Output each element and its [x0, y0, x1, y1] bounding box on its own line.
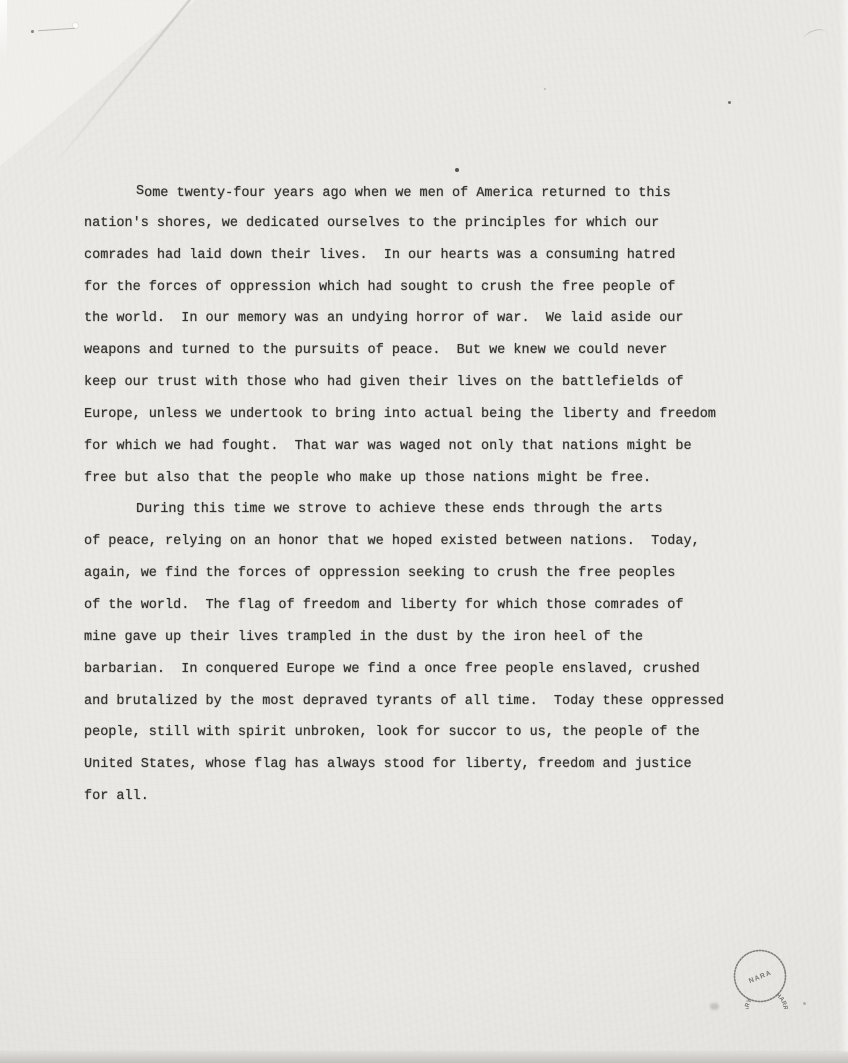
ink-speck	[544, 88, 546, 90]
paragraph-1: Some twenty-four years ago when we men o…	[84, 176, 764, 494]
typed-line: weapons and turned to the pursuits of pe…	[84, 335, 764, 367]
typed-line: mine gave up their lives trampled in the…	[84, 622, 764, 654]
typed-line: for which we had fought. That war was wa…	[84, 431, 764, 463]
typed-line: During this time we strove to achieve th…	[84, 494, 764, 526]
typed-line: Europe, unless we undertook to bring int…	[84, 399, 764, 431]
ink-smudge	[710, 1003, 719, 1010]
scan-edge-right	[839, 0, 848, 1063]
stamp-ring-text: HARRY S. TRUMAN LIBRARY	[741, 990, 792, 1009]
typed-line: United States, whose flag has always sto…	[84, 749, 764, 781]
typed-line: comrades had laid down their lives. In o…	[84, 240, 764, 272]
paper-scratch	[38, 28, 75, 32]
typed-line: barbarian. In conquered Europe we find a…	[84, 654, 764, 686]
typed-line: and brutalized by the most depraved tyra…	[84, 686, 764, 718]
typed-line: keep our trust with those who had given …	[84, 367, 764, 399]
typed-line: of the world. The flag of freedom and li…	[84, 590, 764, 622]
ink-speck	[455, 168, 459, 172]
stamp-center-text: NARA	[748, 969, 773, 984]
scan-edge-left	[0, 0, 7, 58]
paper-fold-highlight	[0, 0, 200, 170]
typed-line: people, still with spirit unbroken, look…	[84, 717, 764, 749]
typed-line: the world. In our memory was an undying …	[84, 303, 764, 335]
typed-line: free but also that the people who make u…	[84, 463, 764, 495]
typed-text-block: Some twenty-four years ago when we men o…	[84, 176, 764, 813]
ink-speck	[728, 101, 731, 104]
svg-text:HARRY S. TRUMAN LIBRARY: HARRY S. TRUMAN LIBRARY	[741, 990, 792, 1009]
typed-line: again, we find the forces of oppression …	[84, 558, 764, 590]
typed-line: for all.	[84, 781, 764, 813]
truman-library-nara-stamp: HARRY S. TRUMAN LIBRARY NARA	[727, 943, 793, 1009]
scanned-document-page: Some twenty-four years ago when we men o…	[0, 0, 848, 1063]
typed-line: of peace, relying on an honor that we ho…	[84, 526, 764, 558]
typed-line: nation's shores, we dedicated ourselves …	[84, 208, 764, 240]
paragraph-2: During this time we strove to achieve th…	[84, 494, 764, 812]
ink-speck	[803, 1002, 806, 1005]
stamp-graphic: HARRY S. TRUMAN LIBRARY NARA	[727, 943, 793, 1009]
ink-speck	[31, 30, 34, 33]
scan-edge-bottom	[0, 1052, 848, 1063]
scan-hair-mark	[803, 27, 827, 44]
typed-line: Some twenty-four years ago when we men o…	[84, 176, 764, 208]
typed-line: for the forces of oppression which had s…	[84, 272, 764, 304]
